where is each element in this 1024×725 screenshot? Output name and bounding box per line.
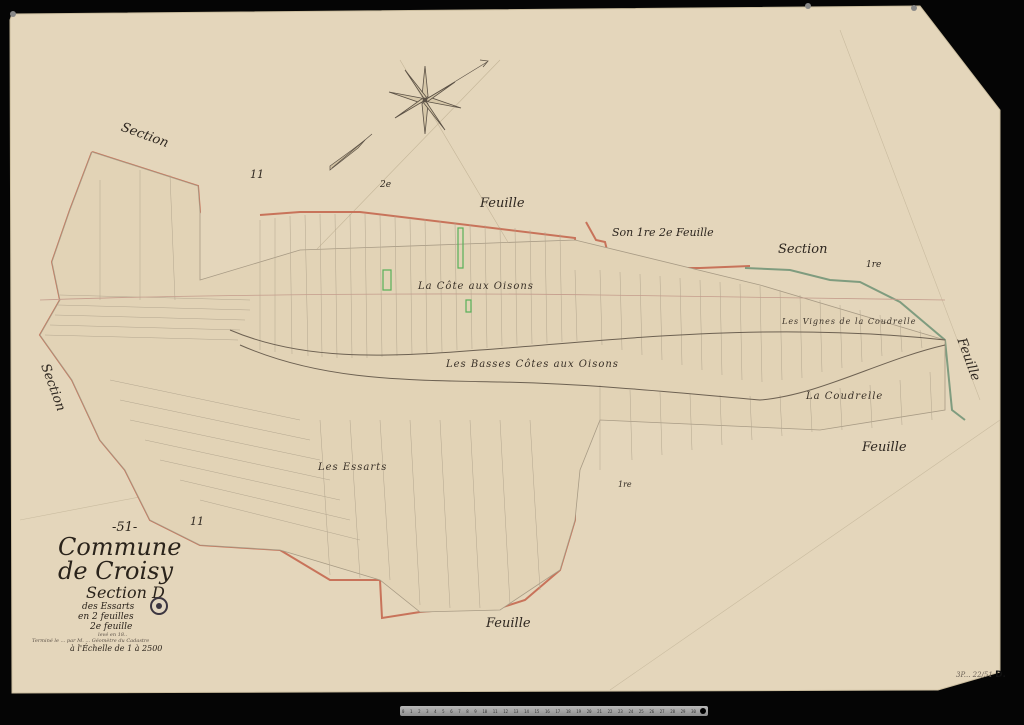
- commune-title-line2: de Croisy: [58, 559, 230, 583]
- ruler-tick: 12: [503, 709, 508, 714]
- ruler-tick: 20: [587, 709, 592, 714]
- ruler-tick: 23: [618, 709, 623, 714]
- ruler-tick: 1: [410, 709, 412, 714]
- ruler-tick: 19: [576, 709, 581, 714]
- pin-icon: [911, 5, 917, 11]
- ruler-tick: 29: [681, 709, 686, 714]
- map-viewer: La Côte aux Oisons Les Basses Côtes aux …: [0, 0, 1024, 725]
- ruler-tick: 14: [524, 709, 529, 714]
- archive-stamp-icon: [150, 597, 168, 615]
- ruler-tick: 2: [418, 709, 420, 714]
- ruler-tick: 8: [466, 709, 468, 714]
- ruler-tick: 10: [482, 709, 487, 714]
- commune-title-line1: Commune: [58, 535, 230, 559]
- ruler-tick: 22: [608, 709, 613, 714]
- ruler-tick: 24: [628, 709, 633, 714]
- label-eleven-top: 11: [250, 168, 264, 181]
- place-name-vignes-coudrelle: Les Vignes de la Coudrelle: [782, 317, 916, 326]
- ruler-tick: 13: [514, 709, 519, 714]
- scale-ruler: 0123456789101112131415161718192021222324…: [400, 706, 708, 716]
- scale-note: à l'Échelle de 1 à 2500: [70, 644, 230, 653]
- ruler-tick: 28: [670, 709, 675, 714]
- ruler-tick: 30: [691, 709, 696, 714]
- pin-icon: [10, 11, 16, 17]
- ruler-tick: 18: [566, 709, 571, 714]
- ruler-tick: 3: [426, 709, 428, 714]
- ruler-tick: 4: [434, 709, 436, 714]
- ruler-tick: 25: [639, 709, 644, 714]
- ruler-tick: 26: [649, 709, 654, 714]
- catalog-handwritten: 3P... 22/51: [956, 671, 993, 679]
- place-name-coudrelle: La Coudrelle: [806, 391, 883, 402]
- pin-icon: [805, 3, 811, 9]
- ruler-tick: 5: [442, 709, 444, 714]
- sheet-number: 2e feuille: [90, 622, 230, 632]
- place-name-essarts: Les Essarts: [318, 462, 387, 473]
- ruler-tick: 6: [450, 709, 452, 714]
- ruler-tick: 17: [555, 709, 560, 714]
- label-section-right: Section: [778, 242, 827, 257]
- ruler-tick: 0: [402, 709, 404, 714]
- ruler-tick: 15: [535, 709, 540, 714]
- ruler-tick: 11: [493, 709, 498, 714]
- ruler-tick: 27: [660, 709, 665, 714]
- place-name-basses-cotes: Les Basses Côtes aux Oisons: [446, 359, 619, 370]
- label-section-1re-feuille: Son 1re 2e Feuille: [612, 226, 714, 239]
- label-feuille-bottom-right: Feuille: [862, 440, 907, 455]
- ruler-hole-icon: [700, 708, 706, 714]
- ruler-tick: 21: [597, 709, 602, 714]
- ruler-tick: 9: [474, 709, 476, 714]
- catalog-letter: D.: [995, 670, 1006, 680]
- label-first-right: 1re: [866, 260, 881, 270]
- label-first-center: 1re: [618, 480, 632, 489]
- label-feuille-bottom: Feuille: [486, 616, 531, 631]
- catalog-mark: 3P... 22/51 D.: [956, 670, 1006, 680]
- title-block: -51- Commune de Croisy Section D des Ess…: [40, 520, 230, 653]
- ruler-ticks: 0123456789101112131415161718192021222324…: [402, 707, 696, 715]
- label-feuille-top: Feuille: [480, 196, 525, 211]
- label-two-top: 2e: [380, 180, 391, 190]
- ruler-tick: 16: [545, 709, 550, 714]
- place-name-cote-aux-oisons: La Côte aux Oisons: [418, 281, 534, 292]
- ruler-tick: 7: [458, 709, 460, 714]
